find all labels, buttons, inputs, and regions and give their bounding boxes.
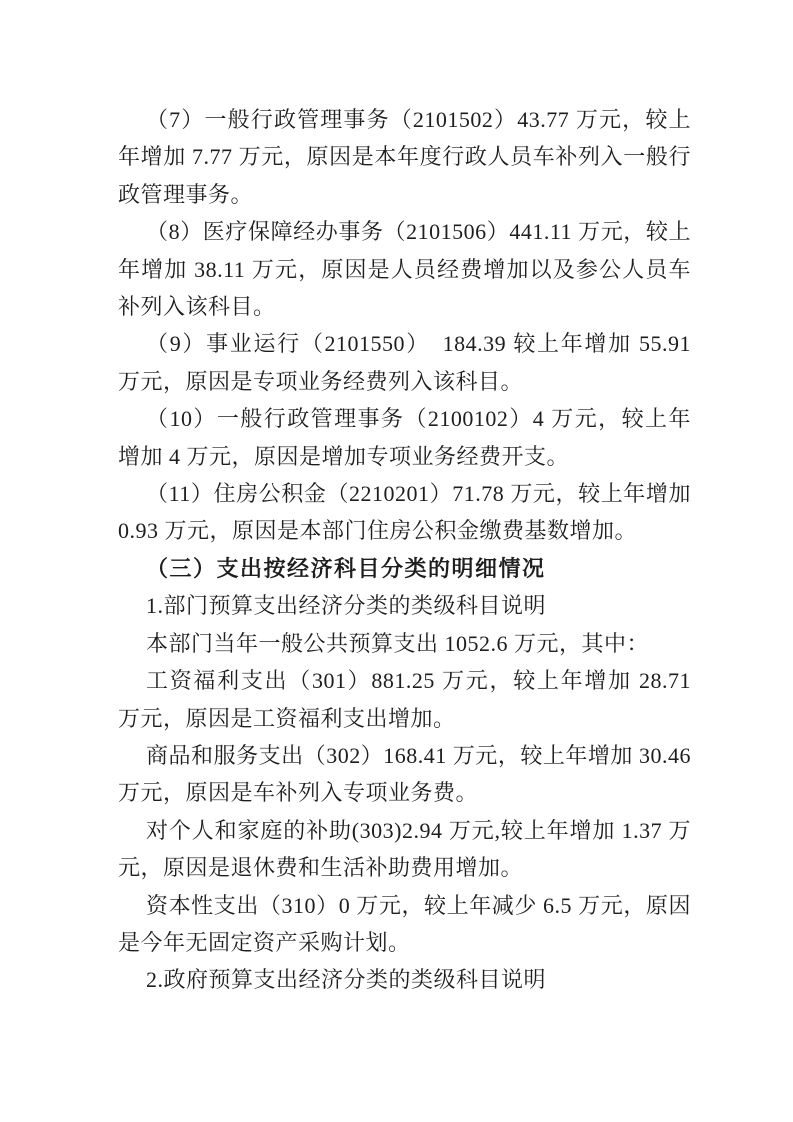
document-page: （7）一般行政管理事务（2101502）43.77 万元，较上年增加 7.77 … bbox=[0, 0, 793, 1122]
paragraph-item-7: （7）一般行政管理事务（2101502）43.77 万元，较上年增加 7.77 … bbox=[118, 101, 691, 213]
paragraph-code-301: 工资福利支出（301）881.25 万元，较上年增加 28.71 万元，原因是工… bbox=[118, 662, 691, 737]
section-heading-expenditure-by-economic-category: （三）支出按经济科目分类的明细情况 bbox=[118, 550, 691, 587]
paragraph-code-303: 对个人和家庭的补助(303)2.94 万元,较上年增加 1.37 万元，原因是退… bbox=[118, 812, 691, 887]
paragraph-item-8: （8）医疗保障经办事务（2101506）441.11 万元，较上年增加 38.1… bbox=[118, 213, 691, 325]
paragraph-subsection-1: 1.部门预算支出经济分类的类级科目说明 bbox=[118, 587, 691, 624]
paragraph-item-11: （11）住房公积金（2210201）71.78 万元，较上年增加 0.93 万元… bbox=[118, 475, 691, 550]
paragraph-code-302: 商品和服务支出（302）168.41 万元，较上年增加 30.46 万元，原因是… bbox=[118, 737, 691, 812]
paragraph-code-310: 资本性支出（310）0 万元，较上年减少 6.5 万元，原因是今年无固定资产采购… bbox=[118, 887, 691, 962]
paragraph-subsection-2: 2.政府预算支出经济分类的类级科目说明 bbox=[118, 961, 691, 998]
paragraph-total-expenditure: 本部门当年一般公共预算支出 1052.6 万元，其中： bbox=[118, 625, 691, 662]
paragraph-item-9: （9）事业运行（2101550） 184.39 较上年增加 55.91 万元，原… bbox=[118, 325, 691, 400]
paragraph-item-10: （10）一般行政管理事务（2100102）4 万元，较上年增加 4 万元，原因是… bbox=[118, 400, 691, 475]
document-body: （7）一般行政管理事务（2101502）43.77 万元，较上年增加 7.77 … bbox=[118, 101, 691, 999]
